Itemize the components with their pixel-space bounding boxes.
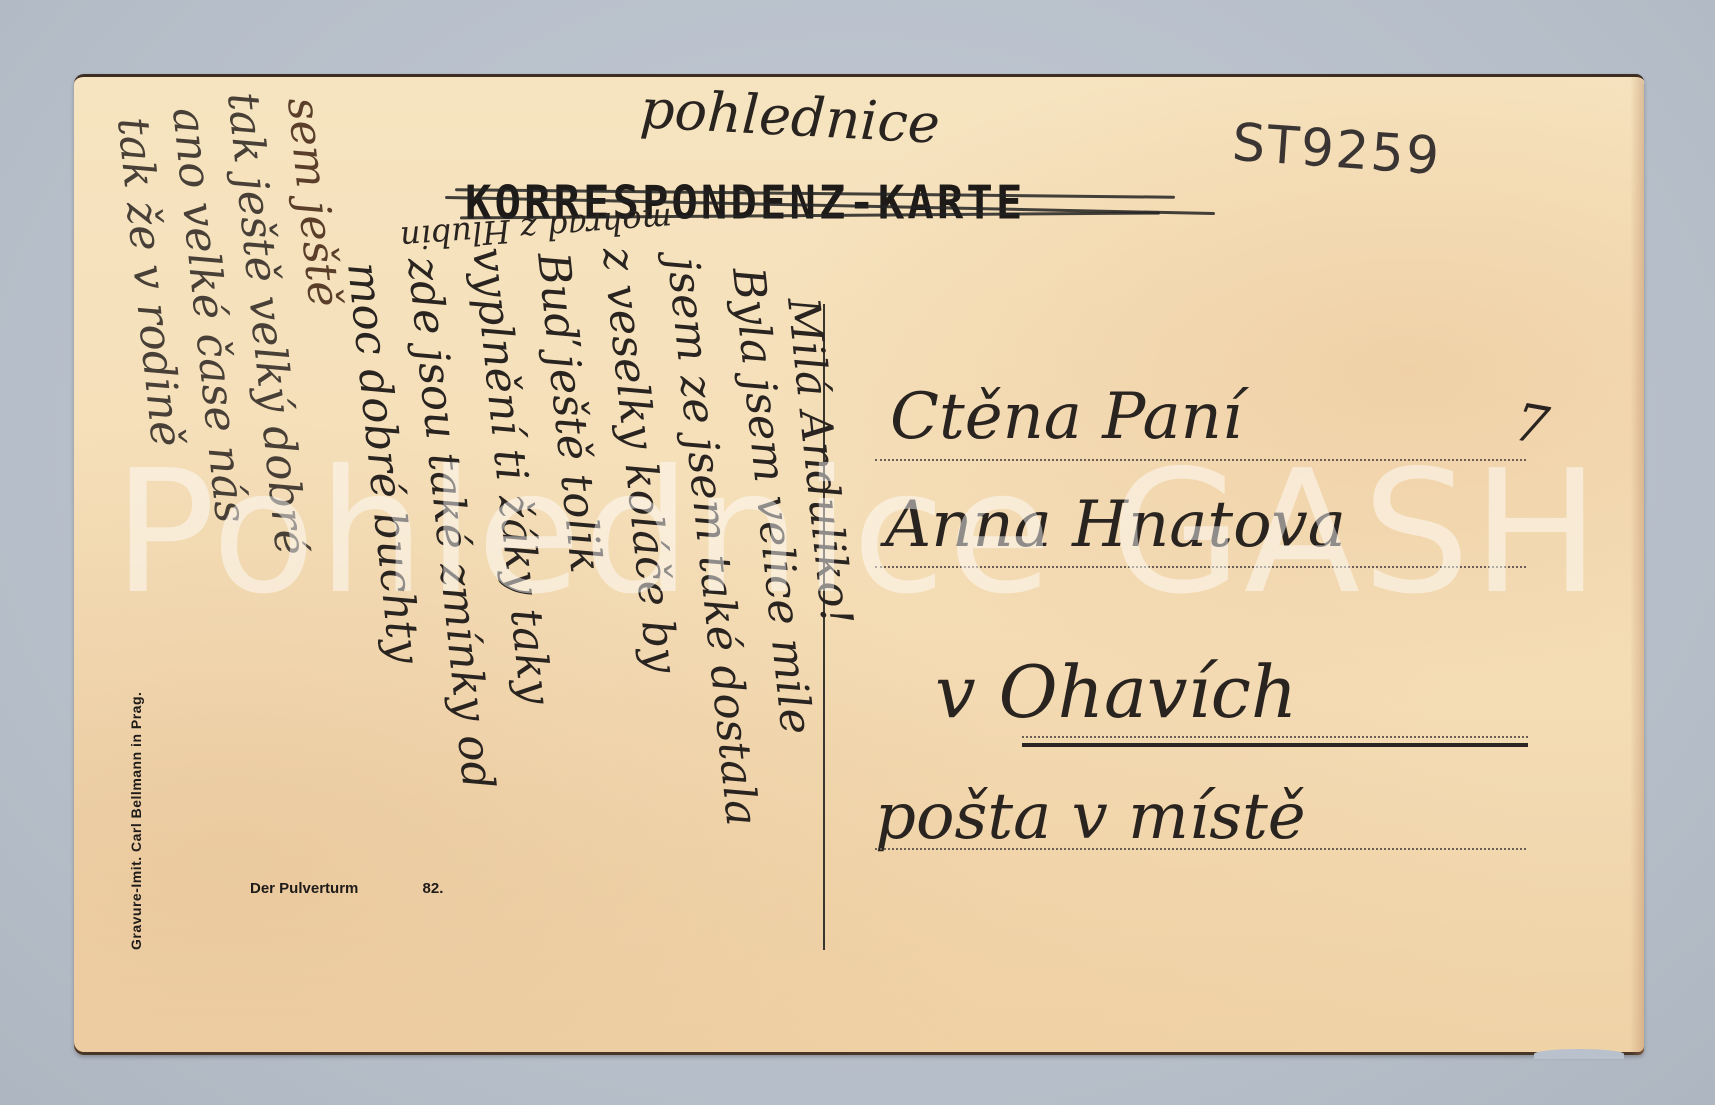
card-torn-corner [1534,1049,1624,1059]
printer-credit: Gravure-Imit. Carl Bellmann in Prag. [128,640,144,950]
address-line-4: pošta v místě [875,780,1306,854]
address-line-1: Ctěna Paní [890,380,1242,454]
image-caption: Der Pulverturm 82. [250,880,443,897]
caption-number: 82. [423,880,444,897]
caption-title: Der Pulverturm [250,880,358,897]
address-line-3: v Ohavích [935,650,1297,734]
address-rule-3-solid [1022,743,1528,747]
address-line-2: Anna Hnatova [885,488,1346,562]
address-rule-3-dotted [1022,736,1528,738]
address-rule-4 [875,848,1526,850]
address-rule-1 [875,459,1526,461]
address-rule-2 [875,566,1526,568]
card-edge-shading [1630,77,1644,1055]
